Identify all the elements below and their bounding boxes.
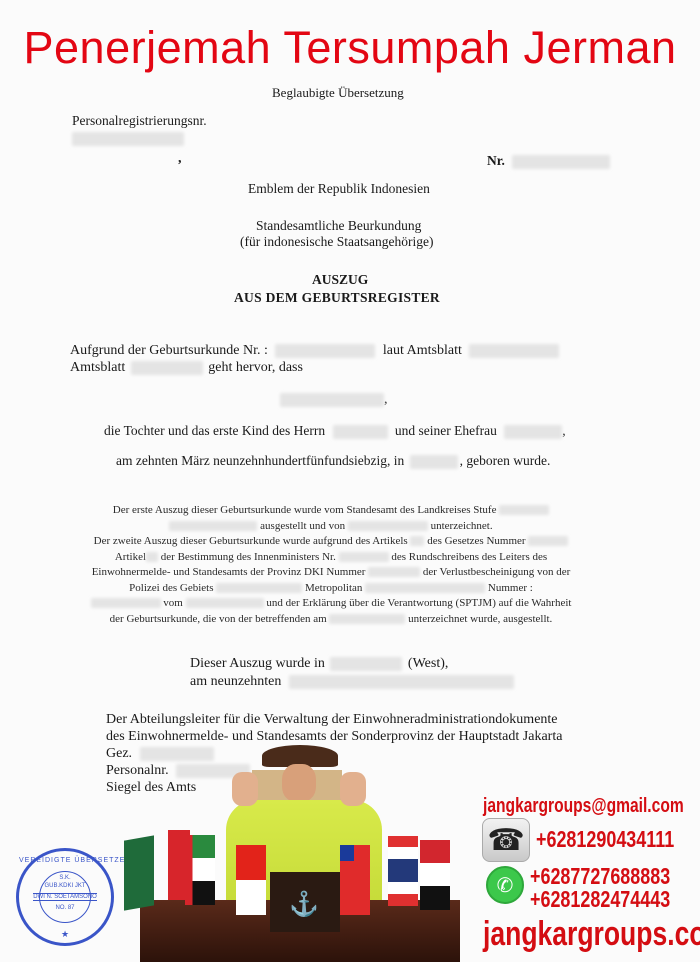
child-name-line: , [280, 392, 388, 408]
personal-registration-label: Personalregistrierungsnr. [72, 113, 207, 129]
birth-cert-number-redacted [275, 344, 375, 358]
child-line: die Tochter und das erste Kind des Herrn… [104, 423, 566, 439]
nr-label: Nr. [487, 153, 505, 169]
para1-line2: Amtsblatt geht hervor, dass [70, 360, 303, 376]
contact-email[interactable]: jangkargroups@gmail.com [483, 795, 684, 818]
para1-text-b: laut Amtsblatt [383, 343, 462, 358]
issued-line-2: am neunzehnten [190, 674, 514, 690]
right-hand [340, 772, 366, 806]
signed-by-line: Gez. [106, 746, 214, 762]
contact-website[interactable]: jangkargroups.co.id [483, 915, 700, 954]
flag-thailand-icon [388, 836, 418, 906]
gazette-redacted [469, 344, 559, 358]
child-text-a: die Tochter und das erste Kind des Herrn [104, 423, 325, 438]
stamp-star-icon: ★ [19, 929, 111, 940]
signatory-line-1: Der Abteilungsleiter für die Verwaltung … [106, 712, 558, 728]
agency-line-1: Standesamtliche Beurkundung [256, 218, 421, 234]
stamp-ring-text: VEREIDIGTE ÜBERSETZERIN [19, 857, 111, 864]
document-header-label: Beglaubigte Übersetzung [272, 85, 404, 101]
anchor-emblem-icon: ⚓ [286, 890, 322, 920]
birth-text-a: am zehnten März neunzehnhundertfünfundsi… [116, 453, 404, 468]
personal-registration-redacted [72, 130, 184, 148]
para1-line1: Aufgrund der Geburtsurkunde Nr. : laut A… [70, 343, 559, 359]
issued-line-1: Dieser Auszug wurde in (West), [190, 656, 448, 672]
seal-label: Siegel des Amts [106, 780, 196, 796]
telephone-icon: ☎ [482, 818, 530, 862]
flag-saudi-arabia-icon [124, 835, 154, 910]
banner-title: Penerjemah Tersumpah Jerman [0, 22, 700, 74]
left-hand [232, 772, 258, 806]
para1-text-d: geht hervor, dass [208, 360, 303, 375]
birth-line: am zehnten März neunzehnhundertfünfundsi… [116, 453, 550, 469]
nr-redacted [512, 153, 610, 171]
child-name-redacted [280, 393, 384, 407]
signatory-line-2: des Einwohnermelde- und Standesamts der … [106, 729, 562, 745]
birth-text-b: , geboren wurde. [460, 453, 551, 468]
whatsapp-icon: ✆ [486, 866, 524, 904]
mother-name-redacted [504, 425, 562, 439]
sworn-translator-stamp: VEREIDIGTE ÜBERSETZERIN S.K. GUB.KDKI JK… [16, 848, 114, 946]
birth-place-redacted [410, 455, 458, 469]
flag-uae-icon [185, 835, 215, 905]
child-text-b: und seiner Ehefrau [395, 423, 497, 438]
flag-indonesia-icon [236, 845, 266, 915]
issue-place-redacted [330, 657, 402, 671]
contact-phone[interactable]: +6281290434111 [536, 826, 674, 853]
issue-date-redacted [289, 675, 514, 689]
title-line-2: AUS DEM GEBURTSREGISTER [234, 290, 440, 306]
place-comma: , [178, 151, 182, 167]
flag-iraq-icon [420, 840, 450, 910]
person-face [282, 764, 316, 802]
extract-details-block: Der erste Auszug dieser Geburtsurkunde w… [66, 503, 596, 627]
father-name-redacted [333, 425, 388, 439]
title-line-1: AUSZUG [312, 272, 368, 288]
personnel-number-line: Personalnr. [106, 763, 250, 779]
contact-whatsapp-2[interactable]: +6281282474443 [530, 886, 670, 913]
signer-name-redacted [140, 747, 214, 761]
agency-line-2: (für indonesische Staatsangehörige) [240, 234, 433, 250]
para1-text-a: Aufgrund der Geburtsurkunde Nr. : [70, 343, 268, 358]
flag-taiwan-icon [340, 845, 370, 915]
emblem-text: Emblem der Republik Indonesien [248, 181, 430, 197]
para1-text-c: Amtsblatt [70, 360, 125, 375]
gazette-number-redacted [131, 361, 203, 375]
